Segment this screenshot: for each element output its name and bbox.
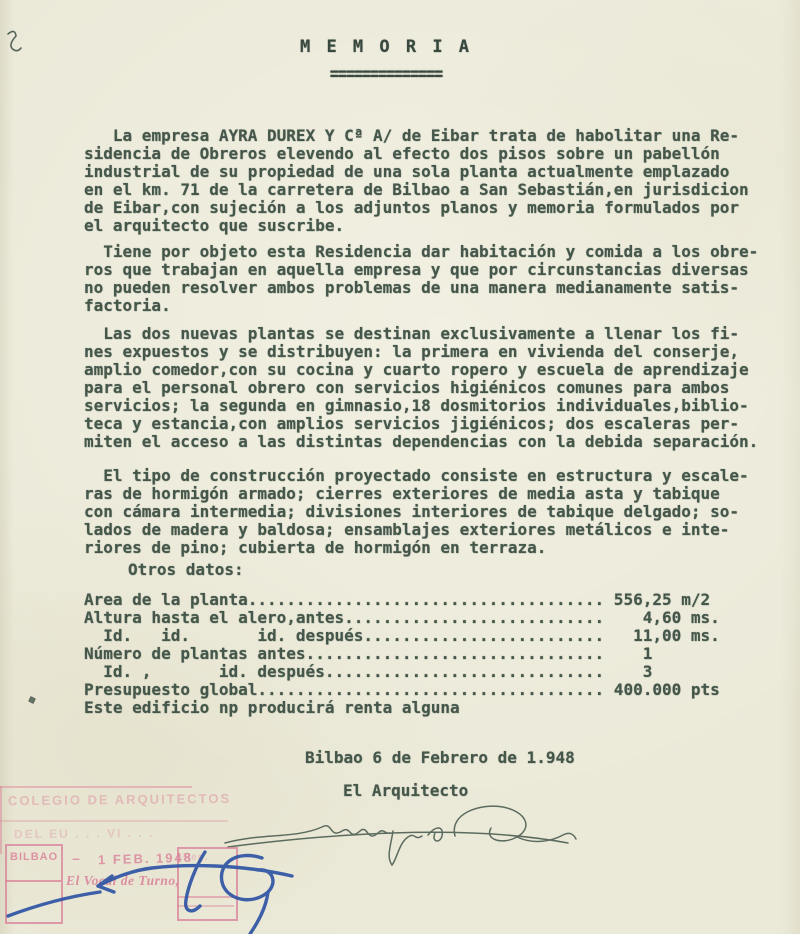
stamp-border-line-mid bbox=[0, 820, 228, 822]
stamp-date-dash: – bbox=[72, 850, 80, 866]
otros-datos-heading: Otros datos: bbox=[128, 561, 244, 579]
signer-title: El Arquitecto bbox=[343, 782, 468, 800]
title-underline: ============== bbox=[0, 62, 772, 85]
paragraph-distribucion: Las dos nuevas plantas se destinan exclu… bbox=[84, 325, 784, 451]
stamp-bilbao-label: BILBAO bbox=[10, 851, 56, 863]
document-title: M E M O R I A bbox=[0, 38, 772, 56]
stamp-registry-line-1 bbox=[177, 896, 234, 898]
stamp-border-line-top bbox=[0, 786, 192, 788]
ink-fleck bbox=[28, 696, 36, 704]
document-page: M E M O R I A ============== La empresa … bbox=[0, 0, 800, 934]
paragraph-intro: La empresa AYRA DUREX Y Cª A/ de Eibar t… bbox=[84, 127, 784, 235]
stamp-colegio-text: COLEGIO DE ARQUITECTOS bbox=[8, 791, 238, 808]
stamp-registry-line-2 bbox=[177, 905, 234, 907]
paragraph-construccion: El tipo de construcción proyectado consi… bbox=[84, 467, 784, 557]
architect-signature bbox=[200, 795, 590, 885]
stamp-registry-text: Reg. bbox=[183, 852, 209, 863]
stamp-vocal-label: El Vocal de Turno, bbox=[66, 873, 180, 889]
date-line: Bilbao 6 de Febrero de 1.948 bbox=[305, 749, 575, 767]
stamp-bilbao-divider bbox=[5, 880, 61, 882]
paragraph-objeto: Tiene por objeto esta Residencia dar hab… bbox=[84, 243, 784, 315]
stamp-colegio-subtext: DEL EU . . . VI . . . bbox=[14, 825, 244, 841]
otros-datos-table: Area de la planta.......................… bbox=[84, 591, 794, 717]
